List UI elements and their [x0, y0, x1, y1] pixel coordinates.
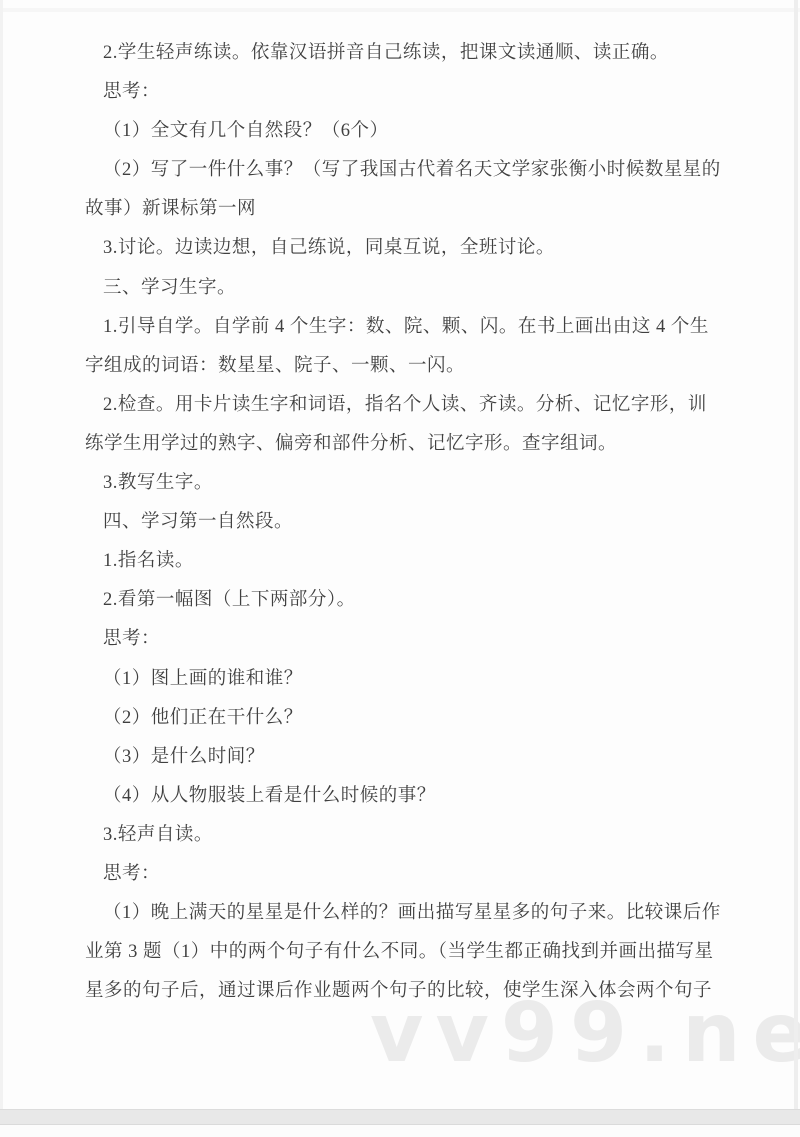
page-top-shade — [0, 8, 800, 12]
next-page-top — [0, 1125, 800, 1137]
text-block: 2.学生轻声练读。依靠汉语拼音自己练读，把课文读通顺、读正确。思考：（1）全文有… — [85, 34, 765, 1011]
text-line: 3.讨论。边读边想，自己练说，同桌互说，全班讨论。 — [85, 229, 765, 268]
text-line: 1.指名读。 — [85, 542, 765, 581]
text-line: （3）是什么时间？ — [85, 738, 765, 777]
text-line: 2.学生轻声练读。依靠汉语拼音自己练读，把课文读通顺、读正确。 — [85, 34, 765, 73]
document-page: 2.学生轻声练读。依靠汉语拼音自己练读，把课文读通顺、读正确。思考：（1）全文有… — [0, 0, 800, 1109]
text-line: （4）从人物服装上看是什么时候的事？ — [85, 777, 765, 816]
text-line: 四、学习第一自然段。 — [85, 503, 765, 542]
text-line: 思考： — [85, 855, 765, 894]
text-line: （1）全文有几个自然段？（6个） — [85, 112, 765, 151]
text-line: 思考： — [85, 620, 765, 659]
text-line: （1）晚上满天的星星是什么样的？画出描写星星多的句子来。比较课后作 — [85, 894, 765, 933]
left-edge-shadow — [0, 0, 3, 1109]
text-line: 3.轻声自读。 — [85, 816, 765, 855]
text-line: （1）图上画的谁和谁？ — [85, 660, 765, 699]
text-line: 字组成的词语：数星星、院子、一颗、一闪。 — [85, 347, 765, 386]
text-line: （2）写了一件什么事？（写了我国古代着名天文学家张衡小时候数星星的 — [85, 151, 765, 190]
text-line: 1.引导自学。自学前 4 个生字：数、院、颗、闪。在书上画出由这 4 个生 — [85, 308, 765, 347]
text-line: 业第 3 题（1）中的两个句子有什么不同。（当学生都正确找到并画出描写星 — [85, 933, 765, 972]
text-line: 思考： — [85, 73, 765, 112]
page-gap-separator — [0, 1109, 800, 1125]
right-edge-shadow — [794, 0, 798, 1109]
text-line: 2.检查。用卡片读生字和词语，指名个人读、齐读。分析、记忆字形，训 — [85, 386, 765, 425]
watermark-text: vv99.net — [370, 994, 800, 1074]
text-line: （2）他们正在干什么？ — [85, 699, 765, 738]
text-line: 故事）新课标第一网 — [85, 190, 765, 229]
document-viewer: 2.学生轻声练读。依靠汉语拼音自己练读，把课文读通顺、读正确。思考：（1）全文有… — [0, 0, 800, 1137]
text-line: 练学生用学过的熟字、偏旁和部件分析、记忆字形。查字组词。 — [85, 425, 765, 464]
text-line: 三、学习生字。 — [85, 269, 765, 308]
text-line: 2.看第一幅图（上下两部分）。 — [85, 581, 765, 620]
text-line: 3.教写生字。 — [85, 464, 765, 503]
